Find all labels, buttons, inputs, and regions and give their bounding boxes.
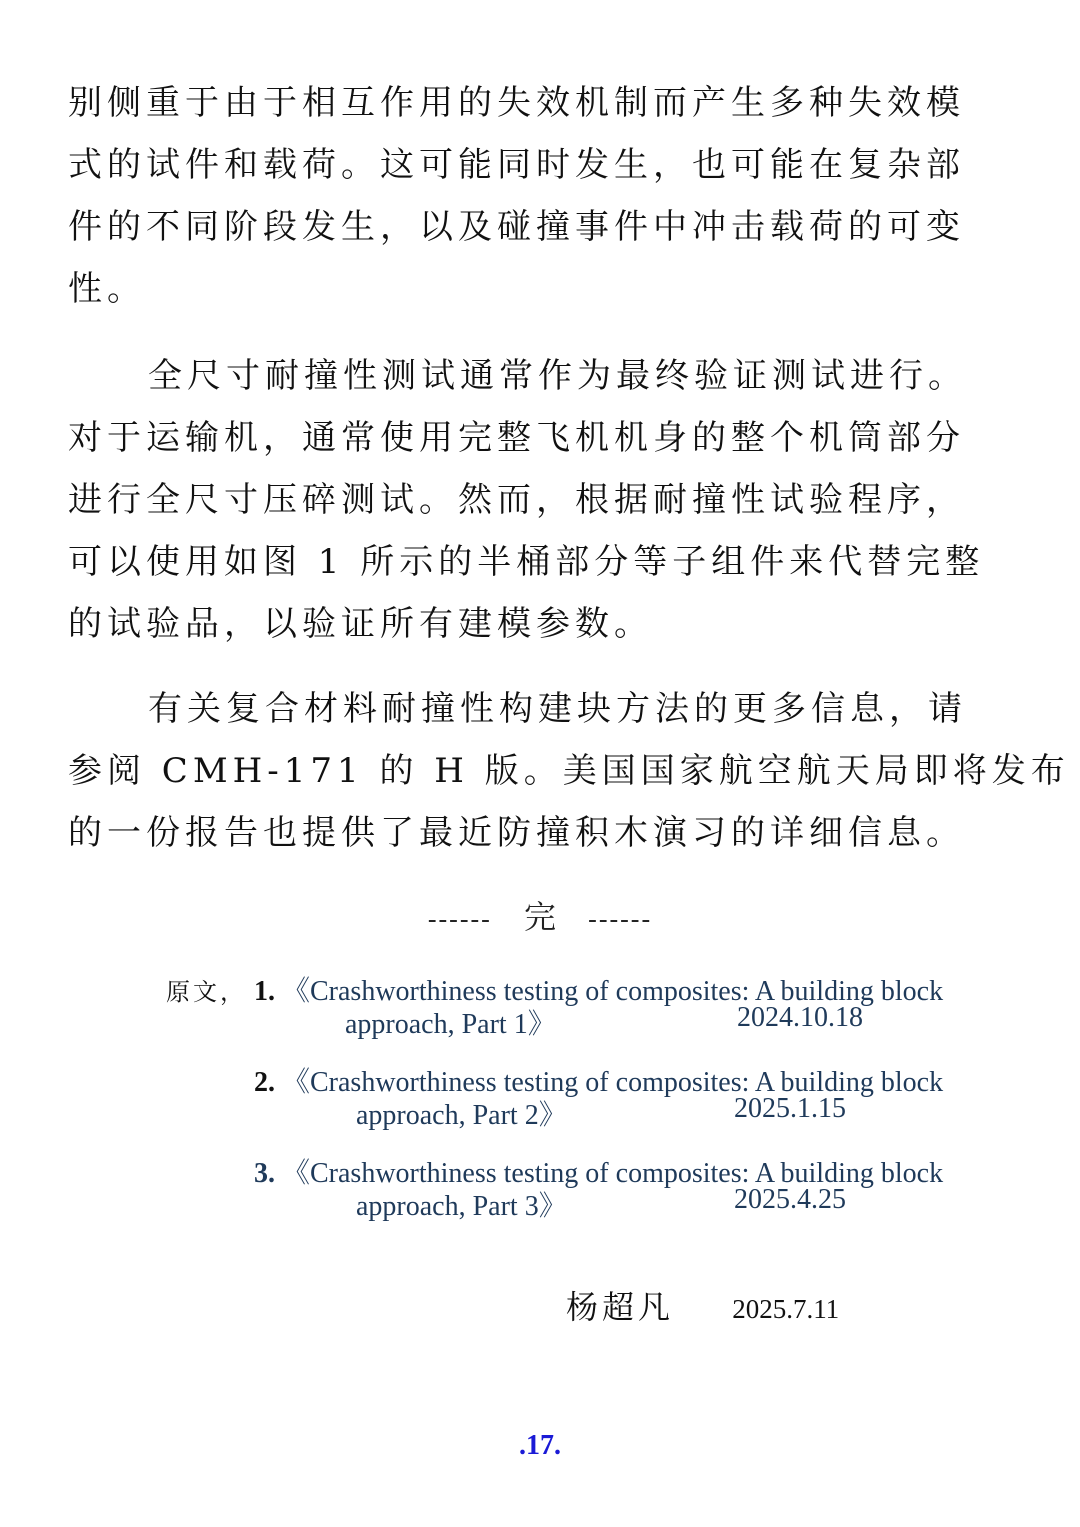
text-line: 性。 — [68, 258, 988, 320]
reference-date: 2025.1.15 — [734, 1093, 846, 1124]
author-name: 杨超凡 — [566, 1288, 674, 1326]
paragraph-3: 有关复合材料耐撞性构建块方法的更多信息，请 参阅 CMH-171 的 H 版。美… — [68, 678, 988, 864]
text-line: 对于运输机，通常使用完整飞机机身的整个机筒部分 — [68, 407, 988, 469]
reference-date: 2025.4.25 — [734, 1184, 846, 1215]
paragraph-1: 别侧重于由于相互作用的失效机制而产生多种失效模 式的试件和载荷。这可能同时发生，… — [68, 72, 988, 320]
reference-item-3-line2[interactable]: approach, Part 3》 — [356, 1184, 567, 1224]
end-mark: ------ 完 ------ — [0, 892, 1080, 938]
reference-item-2-line2[interactable]: approach, Part 2》 — [356, 1093, 567, 1133]
document-page: 别侧重于由于相互作用的失效机制而产生多种失效模 式的试件和载荷。这可能同时发生，… — [0, 0, 1080, 1527]
text-line: 别侧重于由于相互作用的失效机制而产生多种失效模 — [68, 72, 988, 134]
signature-date: 2025.7.11 — [732, 1294, 839, 1324]
reference-title-line2[interactable]: approach, Part 2》 — [356, 1100, 567, 1131]
reference-date: 2024.10.18 — [737, 1002, 863, 1033]
reference-title-line2[interactable]: approach, Part 1》 — [345, 1009, 556, 1040]
text-line: 有关复合材料耐撞性构建块方法的更多信息，请 — [68, 678, 988, 740]
reference-number: 3. — [254, 1158, 275, 1189]
end-dashes-left: ------ — [428, 905, 492, 934]
text-line: 参阅 CMH-171 的 H 版。美国国家航空航天局即将发布 — [68, 740, 988, 802]
page-number: .17. — [0, 1430, 1080, 1462]
text-line: 的试验品，以验证所有建模参数。 — [68, 593, 988, 655]
reference-date-2: 2025.1.15 — [734, 1093, 846, 1125]
reference-title-line2[interactable]: approach, Part 3》 — [356, 1191, 567, 1222]
signature: 杨超凡 2025.7.11 — [566, 1282, 839, 1328]
text-line: 进行全尺寸压碎测试。然而，根据耐撞性试验程序， — [68, 469, 988, 531]
reference-item-1-line2[interactable]: approach, Part 1》 — [345, 1002, 556, 1042]
text-line: 件的不同阶段发生，以及碰撞事件中冲击载荷的可变 — [68, 196, 988, 258]
end-label: 完 — [524, 898, 556, 936]
text-line: 的一份报告也提供了最近防撞积木演习的详细信息。 — [68, 802, 988, 864]
reference-number: 1. — [254, 976, 275, 1007]
reference-prefix: 原文， — [166, 978, 247, 1006]
text-line: 全尺寸耐撞性测试通常作为最终验证测试进行。 — [68, 345, 988, 407]
paragraph-2: 全尺寸耐撞性测试通常作为最终验证测试进行。 对于运输机，通常使用完整飞机机身的整… — [68, 345, 988, 655]
reference-date-1: 2024.10.18 — [737, 1002, 863, 1034]
end-dashes-right: ------ — [588, 905, 652, 934]
text-line: 可以使用如图 1 所示的半桶部分等子组件来代替完整 — [68, 531, 988, 593]
reference-date-3: 2025.4.25 — [734, 1184, 846, 1216]
reference-number: 2. — [254, 1067, 275, 1098]
text-line: 式的试件和载荷。这可能同时发生，也可能在复杂部 — [68, 134, 988, 196]
